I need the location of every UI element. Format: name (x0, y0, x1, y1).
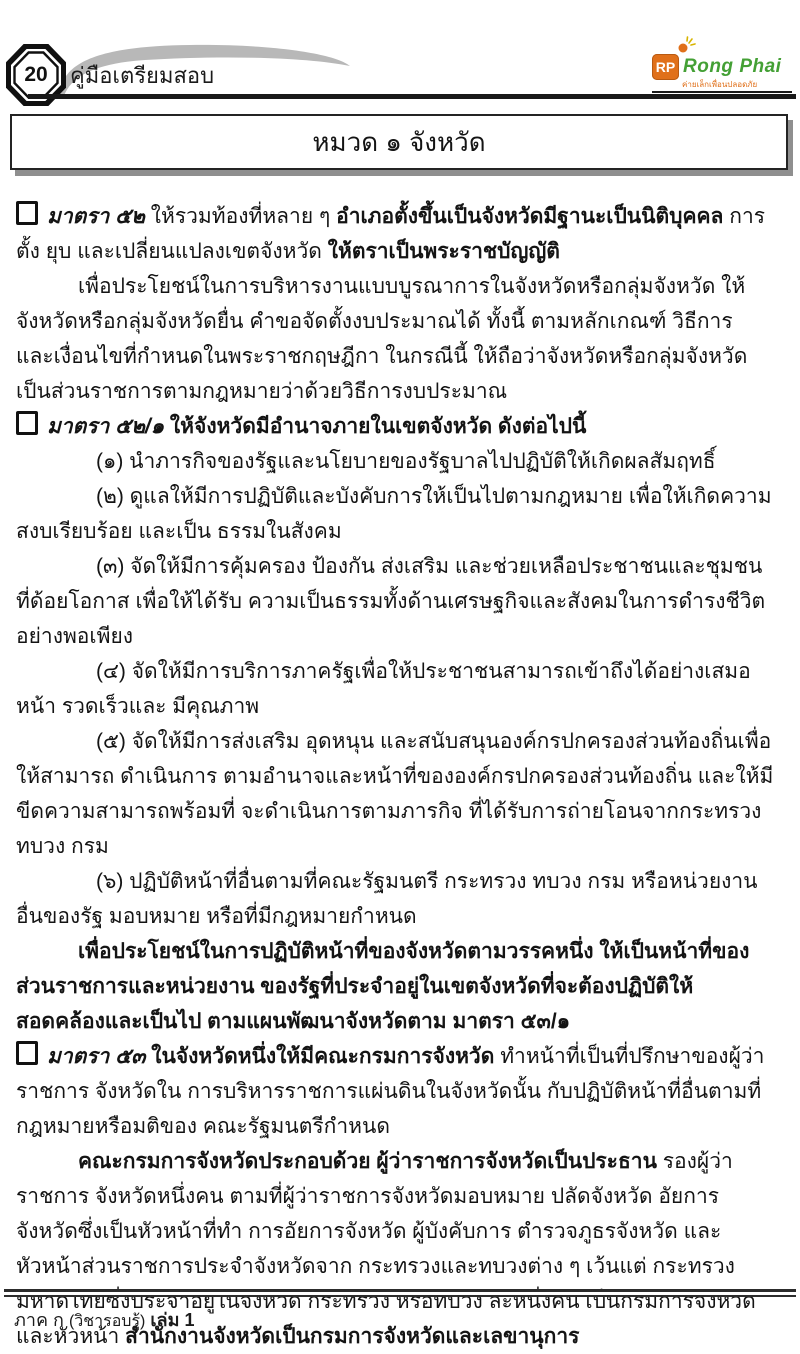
checkbox-icon (16, 411, 38, 435)
text-segment: ในจังหวัดหนึ่งให้มีคณะกรมการจังหวัด (151, 1045, 494, 1068)
checkbox-icon (16, 1041, 38, 1065)
text-segment: ให้จังหวัดมีอำนาจภายในเขตจังหวัด ดังต่อไ… (170, 415, 586, 438)
text-segment: เพื่อประโยชน์ในการบริหารงานแบบบูรณาการใน… (16, 275, 747, 403)
section-title: หมวด ๑ จังหวัด (312, 122, 485, 163)
checkbox-icon (16, 201, 38, 225)
text-segment: มาตรา ๕๒ (47, 205, 151, 228)
paragraph: มาตรา ๕๒ ให้รวมท้องที่หลาย ๆ อำเภอตั้งขึ… (16, 199, 776, 269)
scanned-book-page: { "page": { "number": "20", "header_titl… (0, 0, 800, 1354)
paragraph: เพื่อประโยชน์ในการบริหารงานแบบบูรณาการใน… (16, 269, 776, 409)
footer-text: ภาค ก (วิชารอบรู้) เล่ม 1 (14, 1305, 194, 1334)
header-rule (28, 94, 796, 99)
logo-name: Rong Phai (683, 56, 781, 78)
document-body: มาตรา ๕๒ ให้รวมท้องที่หลาย ๆ อำเภอตั้งขึ… (16, 199, 776, 1354)
text-segment: ให้ตราเป็นพระราชบัญญัติ (328, 240, 560, 263)
text-segment: อำเภอตั้งขึ้นเป็นจังหวัดมีฐานะเป็นนิติบุ… (336, 205, 723, 228)
book-header-title: คู่มือเตรียมสอบ (70, 58, 214, 93)
paragraph: (๔) จัดให้มีการบริการภาครัฐเพื่อให้ประชา… (16, 654, 776, 724)
paragraph: มาตรา ๕๓ ในจังหวัดหนึ่งให้มีคณะกรมการจัง… (16, 1039, 776, 1144)
paragraph: (๒) ดูแลให้มีการปฏิบัติและบังคับการให้เป… (16, 479, 776, 549)
footer-volume: เล่ม 1 (150, 1310, 194, 1330)
text-segment: (๖) ปฏิบัติหน้าที่อื่นตามที่คณะรัฐมนตรี … (16, 870, 758, 928)
text-segment: ให้รวมท้องที่หลาย ๆ (151, 205, 336, 228)
text-segment: มาตรา ๕๒/๑ (47, 415, 170, 438)
text-segment: เพื่อประโยชน์ในการปฏิบัติหน้าที่ของจังหว… (16, 940, 749, 1033)
logo-tagline: ค่ายเล็กเพื่อนปลอดภัย (682, 81, 792, 89)
footer-part: ภาค ก (14, 1310, 64, 1330)
text-segment: (๑) นำภารกิจของรัฐและนโยบายของรัฐบาลไปปฏ… (96, 450, 716, 473)
text-segment: (๒) ดูแลให้มีการปฏิบัติและบังคับการให้เป… (16, 485, 772, 543)
paragraph: (๖) ปฏิบัติหน้าที่อื่นตามที่คณะรัฐมนตรี … (16, 864, 776, 934)
paragraph: มาตรา ๕๒/๑ ให้จังหวัดมีอำนาจภายในเขตจังห… (16, 409, 776, 444)
section-title-box: หมวด ๑ จังหวัด (10, 114, 788, 170)
paragraph: (๑) นำภารกิจของรัฐและนโยบายของรัฐบาลไปปฏ… (16, 444, 776, 479)
text-segment: (๕) จัดให้มีการส่งเสริม อุดหนุน และสนับส… (16, 730, 773, 858)
footer-rule (4, 1289, 796, 1297)
page-header: 20 คู่มือเตรียมสอบ RP Rong Phai ค่ายเล็ก… (0, 0, 800, 110)
text-segment: (๓) จัดให้มีการคุ้มครอง ป้องกัน ส่งเสริม… (16, 555, 765, 648)
publisher-logo: RP Rong Phai ค่ายเล็กเพื่อนปลอดภัย (652, 40, 792, 93)
paragraph: (๕) จัดให้มีการส่งเสริม อุดหนุน และสนับส… (16, 724, 776, 864)
logo-underline (652, 91, 792, 93)
text-segment: (๔) จัดให้มีการบริการภาครัฐเพื่อให้ประชา… (16, 660, 751, 718)
logo-mascot-icon (674, 36, 696, 56)
paragraph: เพื่อประโยชน์ในการปฏิบัติหน้าที่ของจังหว… (16, 934, 776, 1039)
footer-subject: (วิชารอบรู้) (69, 1313, 145, 1330)
text-segment: มาตรา ๕๓ (47, 1045, 151, 1068)
paragraph: (๓) จัดให้มีการคุ้มครอง ป้องกัน ส่งเสริม… (16, 549, 776, 654)
logo-mark-icon: RP (652, 54, 679, 80)
text-segment: คณะกรมการจังหวัดประกอบด้วย ผู้ว่าราชการจ… (78, 1150, 657, 1173)
